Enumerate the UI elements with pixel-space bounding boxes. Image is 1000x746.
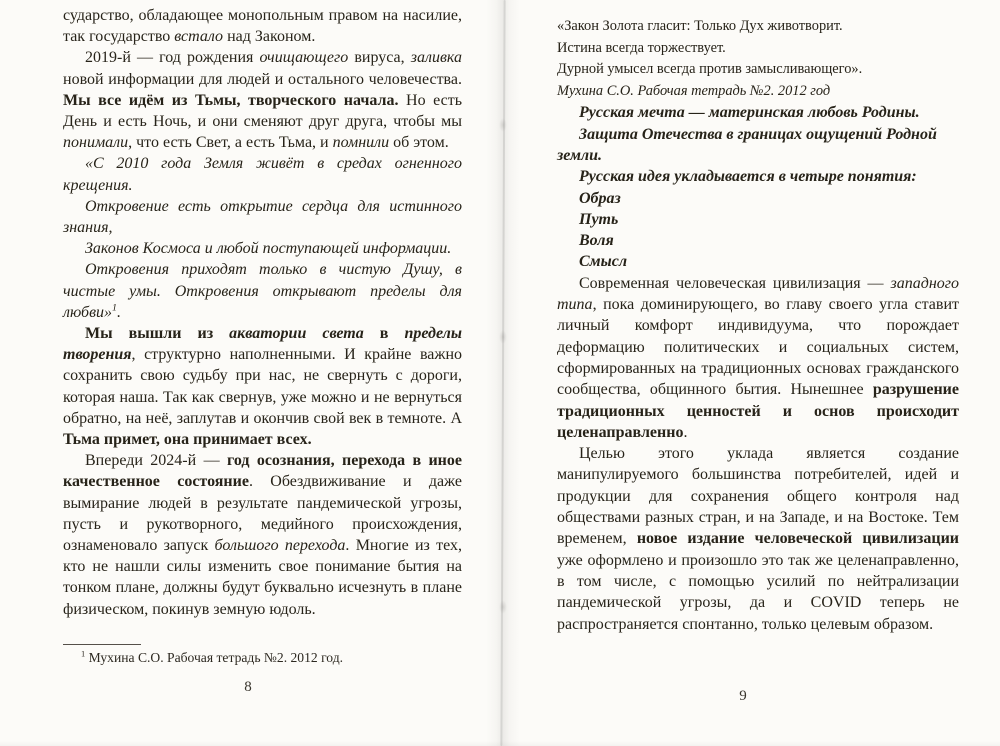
paragraph: 2019-й — год рождения очищающего вируса,…	[63, 47, 462, 153]
right-page-text: «Закон Золота гласит: Только Дух животво…	[557, 16, 959, 635]
lead-paragraph: Русская мечта — материнская любовь Родин…	[557, 102, 959, 123]
gutter-stitch	[499, 330, 507, 344]
epigraph-attribution: Мухина С.О. Рабочая тетрадь №2. 2012 год	[557, 81, 959, 103]
epigraph-line: Дурной умысел всегда против замысливающе…	[557, 59, 959, 81]
footnote-citation: Мухина С.О. Рабочая тетрадь №2. 2012 год…	[85, 650, 343, 665]
paragraph: Современная человеческая цивилизация — з…	[557, 273, 959, 443]
paragraph: Мы вышли из акватории света в пределы тв…	[63, 323, 462, 450]
list-item: Образ	[557, 188, 959, 209]
paragraph: Целью этого уклада является создание ман…	[557, 443, 959, 635]
footnote-text: 1 Мухина С.О. Рабочая тетрадь №2. 2012 г…	[63, 649, 462, 666]
scan-edge-shade	[0, 741, 1000, 746]
gutter-shadow	[486, 0, 520, 746]
paragraph-continuation: сударство, обладающее монопольным правом…	[63, 5, 462, 47]
lead-paragraph: Защита Отечества в границах ощущений Род…	[557, 124, 959, 167]
page-number-right: 9	[557, 688, 929, 705]
paragraph: Впереди 2024-й — год осознания, перехода…	[63, 450, 462, 620]
quote-paragraph: Откровение есть открытие сердца для исти…	[63, 196, 462, 238]
gutter-stitch	[499, 600, 507, 614]
quote-paragraph: Откровения приходят только в чистую Душу…	[63, 259, 462, 323]
lead-paragraph: Русская идея укладывается в четыре понят…	[557, 166, 959, 187]
page-number-left: 8	[63, 679, 433, 696]
list-item: Путь	[557, 209, 959, 230]
epigraph-line: «Закон Золота гласит: Только Дух животво…	[557, 16, 959, 38]
gutter-stitch	[499, 118, 507, 132]
footnote: 1 Мухина С.О. Рабочая тетрадь №2. 2012 г…	[63, 644, 462, 666]
quote-paragraph: Законов Космоса и любой поступающей инфо…	[63, 238, 462, 259]
list-item: Смысл	[557, 251, 959, 272]
list-item: Воля	[557, 230, 959, 251]
footnote-rule	[63, 644, 141, 645]
left-page-text: сударство, обладающее монопольным правом…	[63, 5, 462, 620]
epigraph-line: Истина всегда торжествует.	[557, 38, 959, 60]
quote-paragraph: «С 2010 года Земля живёт в средах огненн…	[63, 153, 462, 195]
gutter-fold-line	[500, 0, 505, 746]
